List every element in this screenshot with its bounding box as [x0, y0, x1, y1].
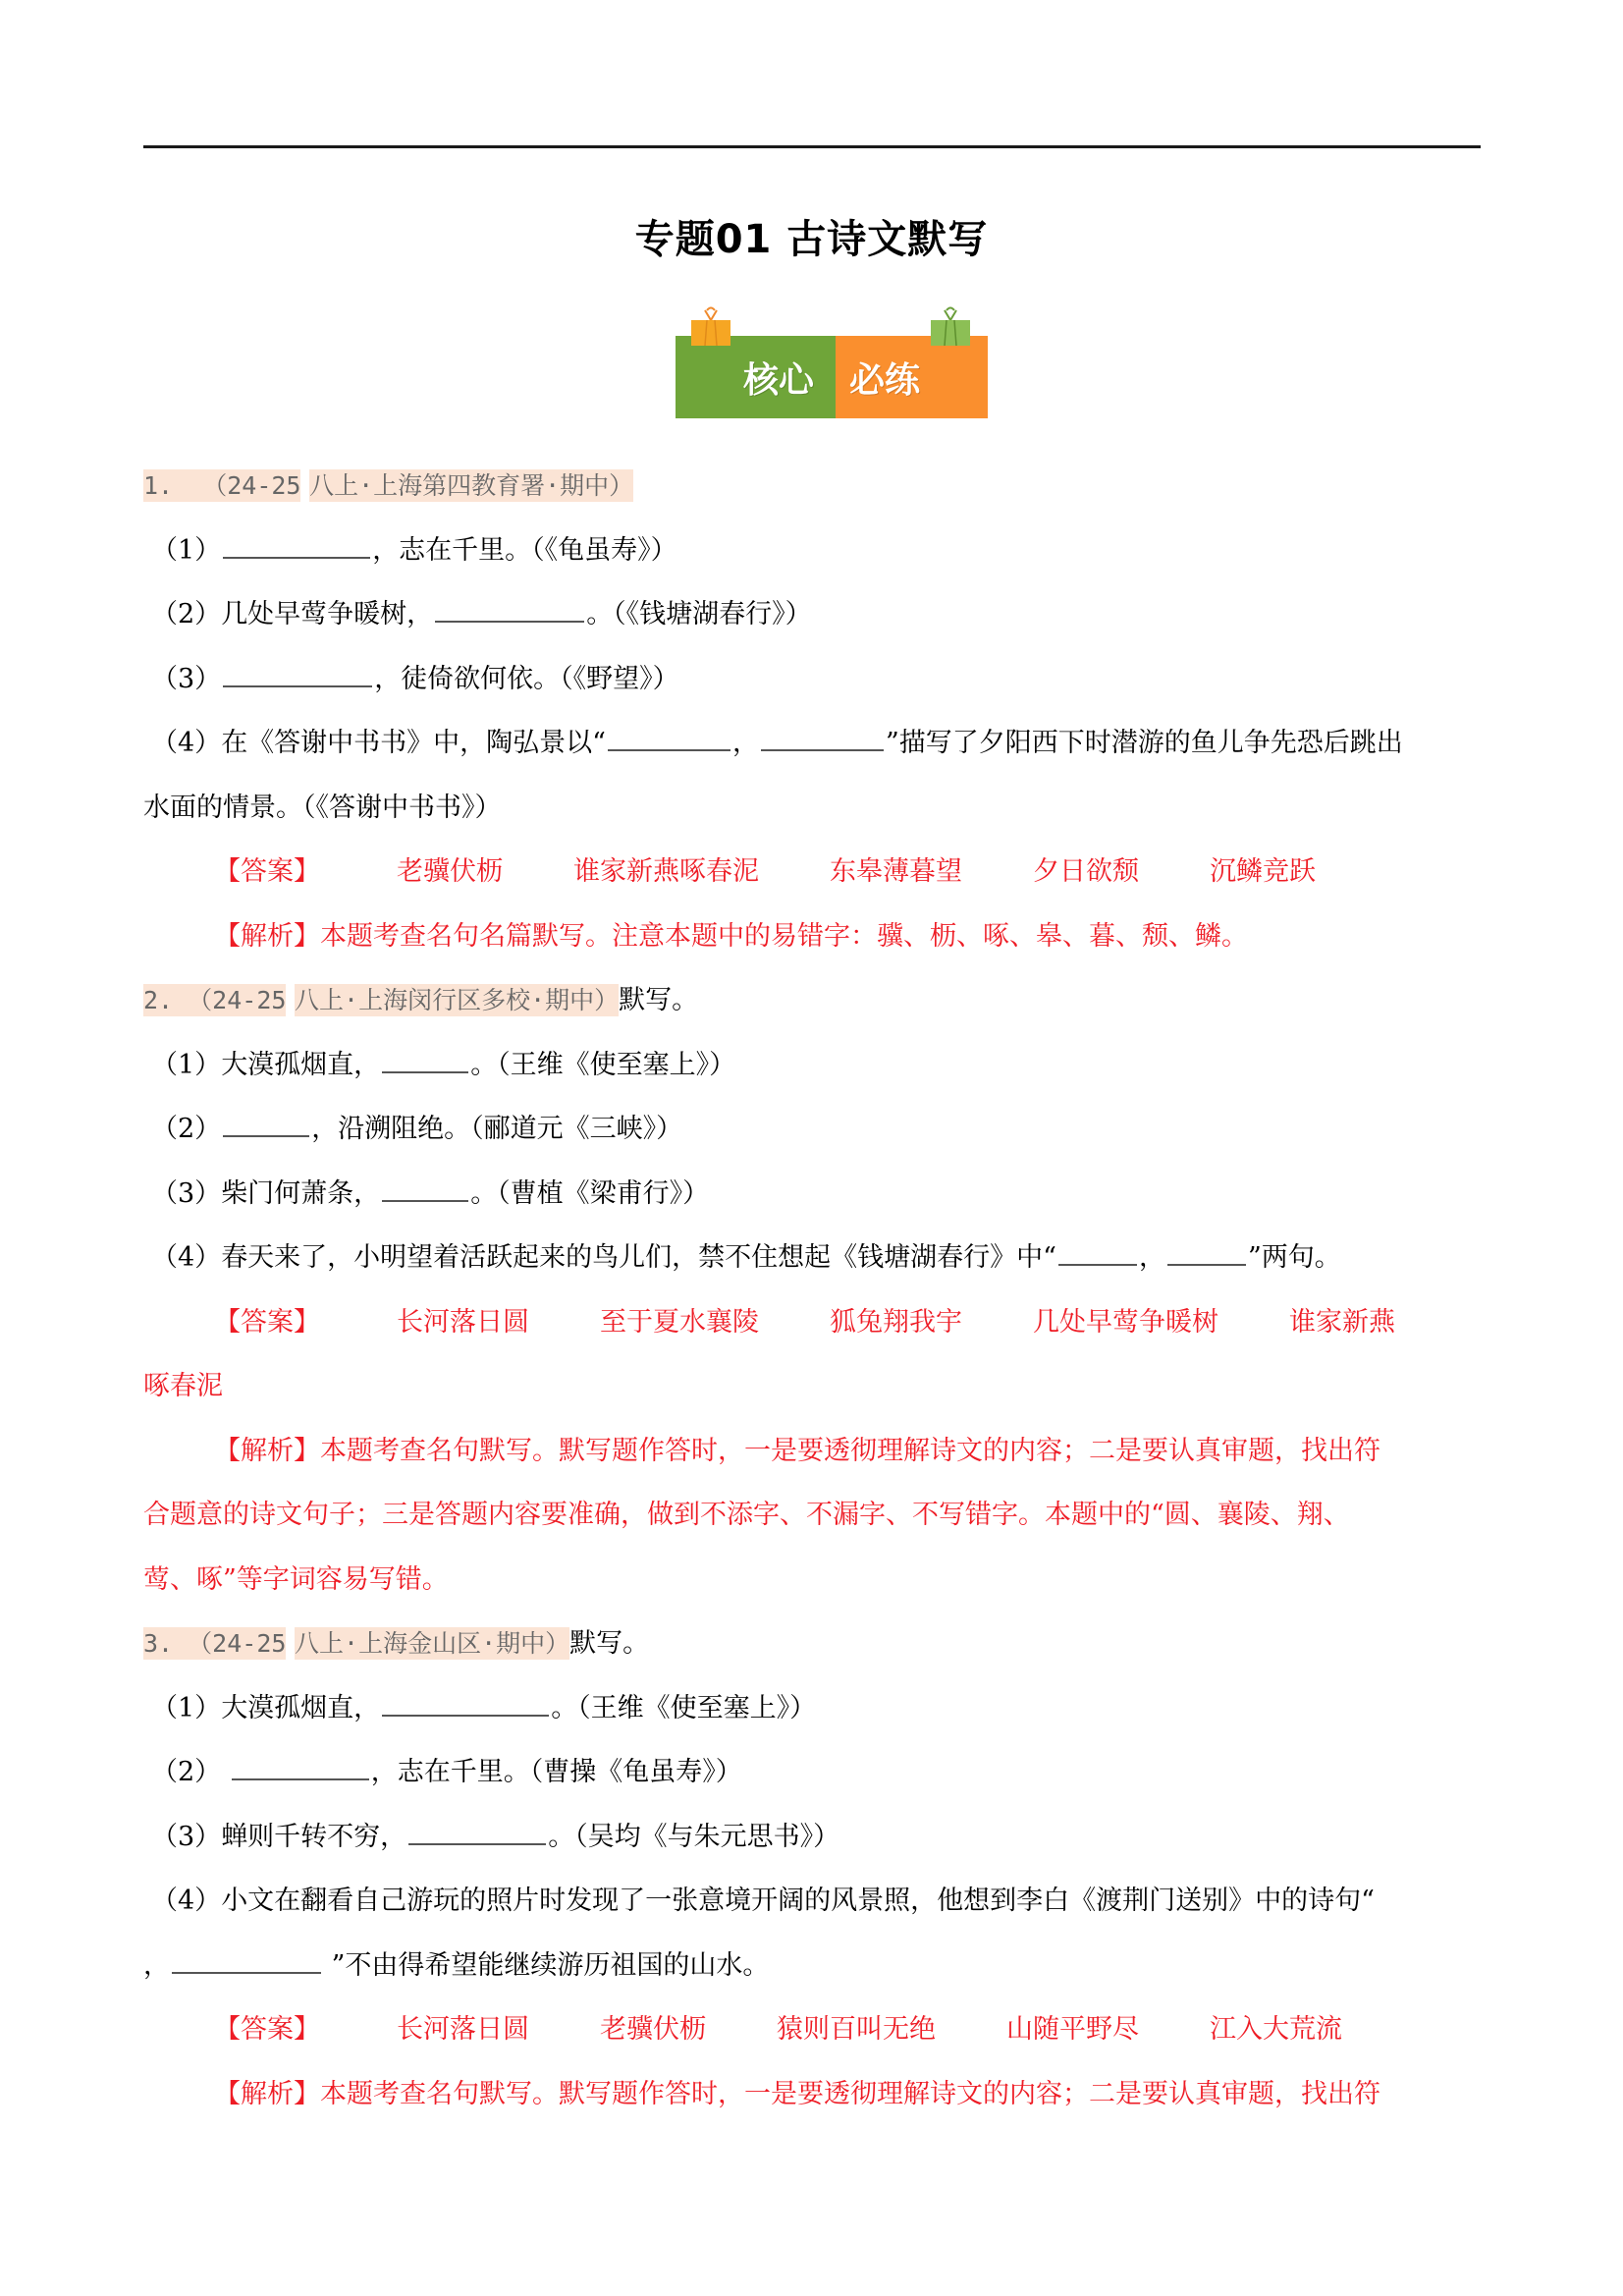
- question-source: 八上·上海第四教育署·期中）: [309, 469, 633, 502]
- explanation-line-continued: 莺、啄”等字词容易写错。: [143, 1548, 1481, 1613]
- answer-item: 长河落日圆: [397, 1997, 529, 2062]
- answer-item: 猿则百叫无绝: [777, 1997, 936, 2062]
- answer-blank[interactable]: [223, 662, 372, 687]
- question-item: （4）小文在翻看自己游玩的照片时发现了一张意境开阔的风景照，他想到李白《渡荆门送…: [143, 1869, 1481, 1934]
- answer-line: 【答案】长河落日圆老骥伏枥猿则百叫无绝山随平野尽江入大荒流: [143, 1997, 1481, 2062]
- binder-clip-icon: [689, 306, 732, 350]
- explanation-label: 【解析】: [214, 1436, 320, 1466]
- question-item: （4）春天来了，小明望着活跃起来的鸟儿们，禁不住想起《钱塘湖春行》中“，”两句。: [143, 1226, 1481, 1290]
- binder-clip-icon: [929, 306, 972, 350]
- question-item: （4）在《答谢中书书》中，陶弘景以“，”描写了夕阳西下时潜游的鱼儿争先恐后跳出: [143, 711, 1481, 776]
- question-item: （2），沿溯阻绝。（郦道元《三峡》）: [143, 1097, 1481, 1162]
- answer-blank[interactable]: [408, 1820, 546, 1845]
- page-title: 专题01 古诗文默写: [0, 208, 1623, 264]
- answer-line: 【答案】长河落日圆至于夏水襄陵狐兔翔我宇几处早莺争暖树谁家新燕: [143, 1290, 1481, 1355]
- answer-item: 至于夏水襄陵: [600, 1290, 759, 1355]
- answer-label: 【答案】: [214, 856, 320, 887]
- question-instruction: 默写。: [569, 1628, 649, 1659]
- answer-item: 几处早莺争暖树: [1033, 1290, 1218, 1355]
- question-item-continued: 水面的情景。（《答谢中书书》）: [143, 776, 1481, 841]
- section-badge: 核心 必练: [676, 336, 988, 418]
- answer-blank[interactable]: [435, 597, 584, 623]
- question-item: （3）柴门何萧条，。（曹植《梁甫行》）: [143, 1162, 1481, 1227]
- answer-item: 谁家新燕啄春泥: [573, 840, 759, 904]
- answer-blank[interactable]: [382, 1048, 468, 1073]
- question-item: （1）大漠孤烟直，。（王维《使至塞上》）: [143, 1033, 1481, 1098]
- answer-blank[interactable]: [172, 1948, 321, 1974]
- answer-blank[interactable]: [1167, 1240, 1246, 1266]
- answer-blank[interactable]: [223, 1112, 309, 1137]
- question-header: 3. （24-25 八上·上海金山区·期中）默写。: [143, 1612, 1481, 1676]
- explanation-line: 【解析】本题考查名句名篇默写。注意本题中的易错字：骥、枥、啄、皋、暮、颓、鳞。: [143, 904, 1481, 969]
- question-header: 2. （24-25 八上·上海闵行区多校·期中）默写。: [143, 968, 1481, 1033]
- question-item: （1），志在千里。（《龟虽寿》）: [143, 519, 1481, 583]
- explanation-line-continued: 合题意的诗文句子；三是答题内容要准确，做到不添字、不漏字、不写错字。本题中的“圆…: [143, 1483, 1481, 1548]
- explanation-text: 本题考查名句默写。默写题作答时，一是要透彻理解诗文的内容；二是要认真审题，找出符: [320, 2079, 1380, 2109]
- answer-line: 【答案】老骥伏枥谁家新燕啄春泥东皋薄暮望夕日欲颓沉鳞竞跃: [143, 840, 1481, 904]
- answer-blank[interactable]: [382, 1691, 549, 1717]
- explanation-label: 【解析】: [214, 2079, 320, 2109]
- question-source: 八上·上海闵行区多校·期中）: [295, 984, 619, 1016]
- explanation-text: 本题考查名句默写。默写题作答时，一是要透彻理解诗文的内容；二是要认真审题，找出符: [320, 1436, 1380, 1466]
- answer-item: 夕日欲颓: [1033, 840, 1139, 904]
- answer-blank[interactable]: [761, 726, 884, 751]
- answer-blank[interactable]: [223, 533, 370, 559]
- answer-label: 【答案】: [214, 2014, 320, 2045]
- question-item: （1）大漠孤烟直，。（王维《使至塞上》）: [143, 1676, 1481, 1741]
- answer-blank[interactable]: [382, 1176, 468, 1202]
- answer-line-continued: 啄春泥: [143, 1354, 1481, 1419]
- answer-item: 谁家新燕: [1289, 1290, 1395, 1355]
- answer-item: 东皋薄暮望: [830, 840, 962, 904]
- question-number: 1. （24-25: [143, 469, 300, 502]
- answer-item: 沉鳞竞跃: [1210, 840, 1316, 904]
- explanation-text: 本题考查名句名篇默写。注意本题中的易错字：骥、枥、啄、皋、暮、颓、鳞。: [320, 921, 1248, 952]
- question-item-continued: ， ”不由得希望能继续游历祖国的山水。: [143, 1934, 1481, 1998]
- question-list: 1. （24-25 八上·上海第四教育署·期中） （1），志在千里。（《龟虽寿》…: [143, 454, 1481, 2126]
- answer-blank[interactable]: [608, 726, 730, 751]
- question-item: （3）蝉则千转不穷，。（吴均《与朱元思书》）: [143, 1805, 1481, 1870]
- question-item: （2）几处早莺争暖树，。（《钱塘湖春行》）: [143, 582, 1481, 647]
- answer-item: 江入大荒流: [1210, 1997, 1342, 2062]
- answer-blank[interactable]: [1058, 1240, 1137, 1266]
- question-source: 八上·上海金山区·期中）: [295, 1627, 569, 1660]
- question-item: （2） ，志在千里。（曹操《龟虽寿》）: [143, 1740, 1481, 1805]
- answer-item: 老骥伏枥: [600, 1997, 706, 2062]
- question-item: （3），徒倚欲何依。（《野望》）: [143, 647, 1481, 712]
- question-number: 3. （24-25: [143, 1627, 286, 1660]
- answer-blank[interactable]: [232, 1755, 369, 1780]
- question-instruction: 默写。: [619, 985, 698, 1015]
- answer-item: 狐兔翔我宇: [830, 1290, 962, 1355]
- explanation-label: 【解析】: [214, 921, 320, 952]
- question-number: 2. （24-25: [143, 984, 286, 1016]
- explanation-line: 【解析】本题考查名句默写。默写题作答时，一是要透彻理解诗文的内容；二是要认真审题…: [143, 1419, 1481, 1484]
- answer-item: 老骥伏枥: [397, 840, 503, 904]
- answer-item: 长河落日圆: [397, 1290, 529, 1355]
- explanation-line: 【解析】本题考查名句默写。默写题作答时，一是要透彻理解诗文的内容；二是要认真审题…: [143, 2062, 1481, 2127]
- question-header: 1. （24-25 八上·上海第四教育署·期中）: [143, 454, 1481, 519]
- header-rule: [143, 145, 1481, 148]
- answer-item: 山随平野尽: [1006, 1997, 1139, 2062]
- answer-label: 【答案】: [214, 1307, 320, 1338]
